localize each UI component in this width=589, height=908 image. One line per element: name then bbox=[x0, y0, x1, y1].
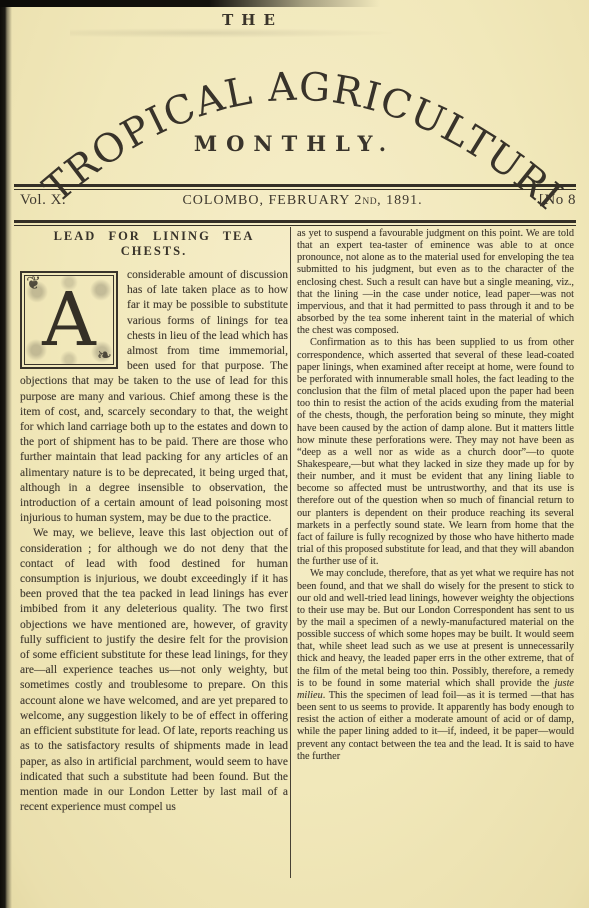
ornate-dropcap-initial: A bbox=[20, 271, 118, 369]
dateline: Vol. X. COLOMBO, FEBRUARY 2ND, 1891. [No… bbox=[20, 192, 576, 209]
right-column: as yet to suspend a favourable judgment … bbox=[297, 228, 574, 763]
article-paragraph: Aconsiderable amount of discussion has o… bbox=[20, 268, 288, 526]
top-double-rule bbox=[14, 184, 576, 191]
paragraph-text-segment: We may, we believe, leave this last obje… bbox=[20, 527, 288, 813]
issue-number-label: [No 8 bbox=[539, 192, 576, 209]
left-column-body: Aconsiderable amount of discussion has o… bbox=[20, 268, 288, 815]
right-column-body: as yet to suspend a favourable judgment … bbox=[297, 228, 574, 763]
date-ordinal: ND bbox=[362, 197, 377, 207]
column-divider-rule bbox=[290, 227, 291, 878]
article-paragraph: We may conclude, therefore, that as yet … bbox=[297, 568, 574, 763]
article-paragraph: Confirmation as to this has been supplie… bbox=[297, 337, 574, 568]
volume-label: Vol. X. bbox=[20, 192, 66, 209]
paragraph-text-segment: Confirmation as to this has been supplie… bbox=[297, 337, 574, 567]
scanned-periodical-page: THE TROPICAL AGRICULTURIST MONTHLY. Vol.… bbox=[0, 0, 589, 908]
article-paragraph: We may, we believe, leave this last obje… bbox=[20, 526, 288, 815]
scan-edge-top bbox=[0, 0, 380, 7]
paragraph-text-segment: as yet to suspend a favourable judgment … bbox=[297, 228, 574, 336]
masthead-subtitle: MONTHLY. bbox=[0, 131, 589, 156]
paragraph-text-segment: . This the specimen of lead foil—as it i… bbox=[297, 690, 574, 762]
article-paragraph: as yet to suspend a favourable judgment … bbox=[297, 228, 574, 337]
left-column: LEAD FOR LINING TEA CHESTS. Aconsiderabl… bbox=[20, 229, 288, 815]
date-year: , 1891. bbox=[377, 193, 423, 208]
article-heading: LEAD FOR LINING TEA CHESTS. bbox=[20, 229, 288, 259]
bottom-double-rule bbox=[14, 220, 576, 227]
city-date-prefix: COLOMBO, FEBRUARY 2 bbox=[182, 193, 362, 208]
paragraph-text-segment: We may conclude, therefore, that as yet … bbox=[297, 568, 574, 688]
masthead-kicker: THE bbox=[0, 11, 505, 29]
city-date-label: COLOMBO, FEBRUARY 2ND, 1891. bbox=[182, 193, 422, 209]
